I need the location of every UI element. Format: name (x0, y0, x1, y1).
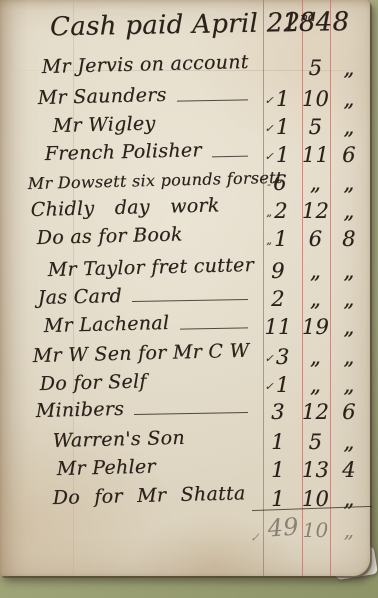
dash-flourish (134, 412, 248, 415)
entry-name: Mr Pehler (56, 456, 156, 480)
entry-row: Do as for Book „1 6 8 (0, 221, 370, 251)
amount-pounds-value: 9 (271, 259, 285, 283)
amount-shillings: 11 (301, 143, 330, 167)
amount-shillings: 5 (301, 430, 330, 454)
entry-name: Jas Card (37, 285, 122, 309)
entry-name: Minibers (35, 398, 124, 422)
entry-name-wrap: Chidly day work (31, 199, 252, 221)
entry-row: Do for Mr Shatta 1 10 „ (0, 481, 370, 511)
amount-pounds-value: 6 (273, 171, 287, 195)
amount-shillings: 10 (301, 87, 330, 111)
header-title: Cash paid April 22 (50, 8, 301, 42)
entry-name-wrap: Mr Jervis on account (42, 56, 252, 78)
amount-pence: „ (331, 345, 367, 369)
entry-name-wrap: Mr Lachenal (44, 315, 252, 337)
amount-pounds: -6 (254, 171, 300, 195)
amount-pounds: 1 (254, 430, 300, 454)
amount-pounds-value: 1 (271, 458, 285, 482)
amount-pounds-value: 1 (276, 87, 290, 111)
tick-mark: „ (266, 234, 272, 247)
amount-pounds: ✓1 (254, 87, 300, 111)
entry-name-wrap: Mr W Sen for Mr C W (33, 345, 252, 367)
entry-row: Mr Lachenal 11 19 „ (0, 309, 370, 339)
entry-name: Mr W Sen for Mr C W (32, 340, 249, 367)
entry-name-wrap: Mr Pehler (57, 458, 252, 480)
entry-row: Mr Jervis on account 5 „ (0, 50, 370, 80)
entry-row: Mr Pehler 1 13 4 (0, 452, 370, 482)
ledger-photo: Cash paid April 22nd 1848 Mr Jervis on a… (0, 0, 378, 598)
amount-pounds: „1 (254, 227, 300, 251)
entry-row: French Polisher ✓1 11 6 (0, 137, 370, 167)
amount-pounds: 1 (254, 487, 300, 511)
tick-mark: ✓ (264, 150, 274, 163)
ledger-page: Cash paid April 22nd 1848 Mr Jervis on a… (0, 0, 370, 576)
entry-name-wrap: Jas Card (38, 287, 252, 309)
total-tick-mark: ✓ (249, 530, 260, 545)
amount-pence: „ (331, 87, 367, 111)
amount-pounds: ✓1 (254, 115, 300, 139)
total-row: ✓49 10 „ (0, 510, 370, 542)
entry-name: Warren's Son (52, 427, 185, 452)
amount-shillings: 5 (301, 56, 330, 80)
amount-pounds: ✓3 (254, 345, 300, 369)
amount-pounds: 2 (254, 287, 300, 311)
amount-shillings: 5 (301, 115, 330, 139)
amount-pounds-value: 1 (276, 143, 290, 167)
dash-flourish (177, 99, 248, 101)
entry-name: Chidly day work (30, 194, 219, 221)
entry-name: Do as for Book (36, 223, 182, 249)
total-shillings: 10 (301, 518, 330, 542)
amount-pence: „ (331, 315, 367, 339)
amount-shillings: „ (301, 287, 330, 311)
entry-name: Mr Wigley (52, 112, 155, 137)
entry-name-wrap: Do for Mr Shatta (53, 487, 252, 509)
entry-name-wrap: Do as for Book (37, 227, 252, 249)
entry-name-wrap: Mr Wigley (53, 115, 252, 137)
dash-flourish (180, 327, 248, 329)
entry-name-wrap: Mr Taylor fret cutter (48, 259, 252, 281)
amount-pence: „ (331, 199, 367, 223)
amount-pence: „ (331, 287, 367, 311)
amount-shillings: „ (301, 259, 330, 283)
entry-name: French Polisher (44, 139, 202, 165)
amount-pence: „ (331, 171, 367, 195)
amount-pounds: ✓1 (254, 143, 300, 167)
entry-row: Mr Wigley ✓1 5 „ (0, 109, 370, 139)
entry-row: Mr Dowsett six pounds forsett -6 „ „ (0, 165, 370, 195)
amount-pounds: 3 (254, 400, 300, 424)
entry-name: Mr Taylor fret cutter (47, 254, 254, 281)
amount-pounds-value: 2 (271, 287, 285, 311)
amount-pounds-value: 1 (274, 227, 288, 251)
amount-pence: „ (331, 115, 367, 139)
entry-row: Mr Saunders ✓1 10 „ (0, 81, 370, 111)
entry-name: Mr Dowsett six pounds forsett (28, 168, 283, 193)
tick-mark: - (267, 178, 271, 191)
amount-pounds: „2 (254, 199, 300, 223)
amount-pounds: 1 (254, 458, 300, 482)
amount-shillings: 12 (301, 400, 330, 424)
amount-pounds: 11 (254, 315, 300, 339)
amount-pounds-value: 1 (276, 115, 290, 139)
entry-row: Mr W Sen for Mr C W ✓3 „ „ (0, 339, 370, 369)
entry-row: Jas Card 2 „ „ (0, 281, 370, 311)
entry-name-wrap: Mr Saunders (38, 87, 252, 109)
dash-flourish (132, 299, 248, 302)
entry-row: Minibers 3 12 6 (0, 394, 370, 424)
entry-name-wrap: Minibers (36, 400, 252, 422)
amount-shillings: 13 (301, 458, 330, 482)
entry-row: Mr Taylor fret cutter 9 „ „ (0, 253, 370, 283)
amount-pounds-value: 1 (271, 430, 285, 454)
amount-pence: 8 (331, 227, 367, 251)
entry-name: Do for Self (39, 370, 146, 395)
amount-pence: „ (331, 259, 367, 283)
entry-name: Mr Lachenal (43, 312, 169, 337)
entry-name: Mr Saunders (37, 84, 166, 109)
amount-pounds-value: 1 (271, 487, 285, 511)
amount-pence: 6 (331, 400, 367, 424)
entry-name-wrap: Mr Dowsett six pounds forsett (28, 174, 252, 193)
entry-row: Do for Self ✓1 „ „ (0, 367, 370, 397)
entry-row: Chidly day work „2 12 „ (0, 193, 370, 223)
entry-name-wrap: French Polisher (45, 143, 252, 165)
amount-pence: „ (331, 430, 367, 454)
total-pence: „ (331, 518, 367, 542)
amount-shillings: 19 (301, 315, 330, 339)
tick-mark: ✓ (264, 94, 274, 107)
amount-shillings: „ (301, 171, 330, 195)
amount-pence: „ (331, 56, 367, 80)
tick-mark: ✓ (264, 122, 274, 135)
entry-name-wrap: Do for Self (40, 373, 252, 395)
amount-pounds (254, 56, 300, 80)
entry-name-wrap: Warren's Son (53, 430, 252, 452)
amount-pence: 4 (331, 458, 367, 482)
tick-mark: ✓ (264, 352, 274, 365)
entry-name: Mr Jervis on account (41, 51, 248, 78)
amount-shillings: 6 (301, 227, 330, 251)
tick-mark: „ (266, 206, 272, 219)
amount-pounds-value: 3 (271, 400, 285, 424)
amount-pounds: 9 (254, 259, 300, 283)
header-year: 1848 (282, 7, 350, 38)
entry-name: Do for Mr Shatta (52, 482, 245, 509)
dash-flourish (212, 156, 248, 158)
amount-shillings: „ (301, 345, 330, 369)
amount-pounds-value: 2 (274, 199, 288, 223)
amount-pounds-value: 11 (264, 315, 291, 339)
tick-mark: ✓ (264, 380, 274, 393)
amount-pence: 6 (331, 143, 367, 167)
amount-pounds-value: 3 (276, 345, 290, 369)
amount-shillings: 12 (301, 199, 330, 223)
total-pounds: ✓49 (253, 512, 301, 543)
total-pounds-value: 49 (267, 513, 300, 543)
entry-row: Warren's Son 1 5 „ (0, 424, 370, 454)
page-header: Cash paid April 22nd 1848 (50, 8, 316, 43)
